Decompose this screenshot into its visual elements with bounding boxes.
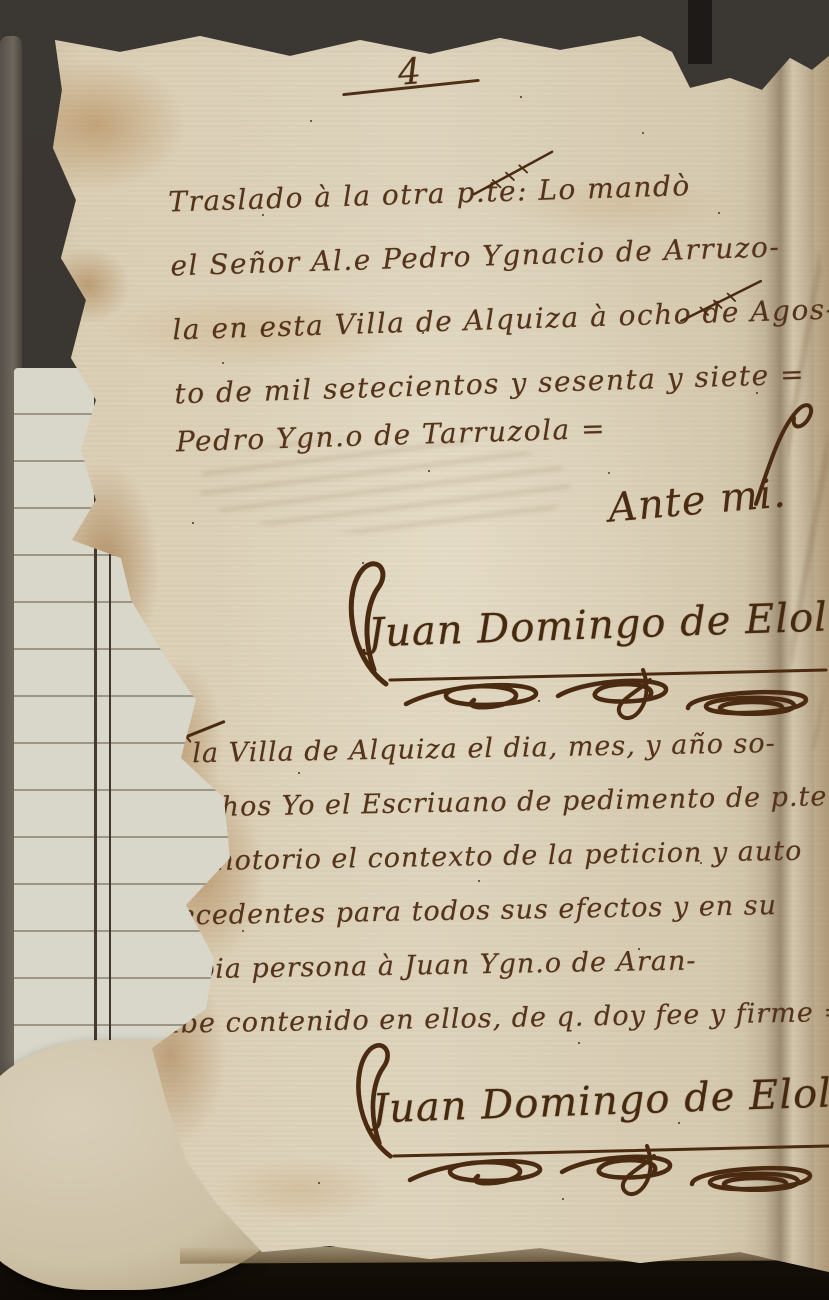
notification-paragraph: En la Villa de Alquiza el dia, mes, y añ… (143, 716, 829, 1052)
quill-scratch (466, 145, 560, 198)
ink-speckles (0, 0, 2, 2)
binding-gap (688, 0, 712, 64)
notification-line: zabe contenido en ellos, de q. doy fee y… (148, 986, 829, 1052)
photo-background: 4 Traslado à la otra p.te: Lo mandò el S… (0, 0, 829, 1300)
ante-mi-swash (748, 398, 818, 508)
signature-rubric-second (392, 1128, 829, 1208)
quill-scratch (675, 275, 768, 325)
